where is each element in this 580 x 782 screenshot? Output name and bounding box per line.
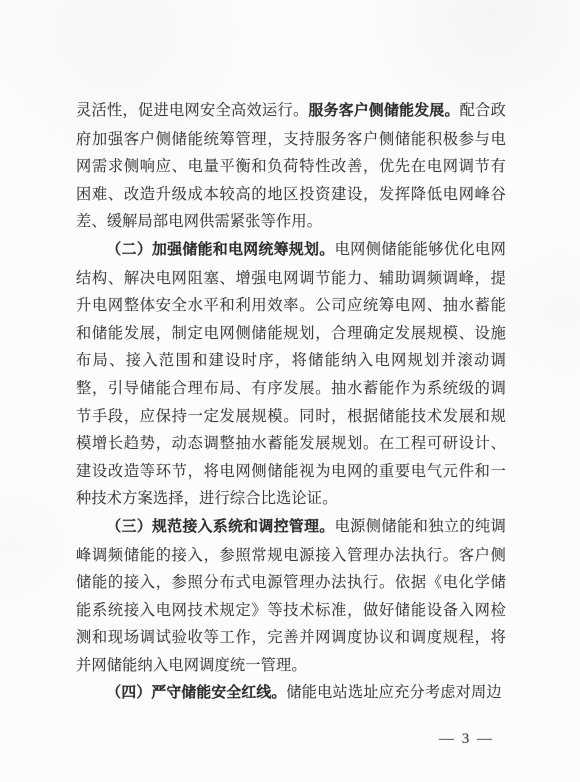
paragraph: （二）加强储能和电网统筹规划。电网侧储能能够优化电网结构、解决电网阻塞、增强电网… [76,236,506,513]
page-number: — 3 — [439,731,494,748]
paragraph: 灵活性，促进电网安全高效运行。服务客户侧储能发展。配合政府加强客户侧储能统筹管理… [76,97,506,236]
text-run: 灵活性，促进电网安全高效运行。 [76,102,309,119]
heading-run: （四）严守储能安全红线。 [106,685,286,701]
text-run: 储能电站选址应充分考虑对周边 [286,684,501,701]
document-page: 灵活性，促进电网安全高效运行。服务客户侧储能发展。配合政府加强客户侧储能统筹管理… [0,0,580,782]
paragraph: （三）规范接入系统和调控管理。电源侧储能和独立的纯调峰调频储能的接入，参照常规电… [76,513,506,680]
text-run: 电源侧储能和独立的纯调峰调频储能的接入，参照常规电源接入管理办法执行。客户侧储能… [76,518,506,674]
text-run: 配合政府加强客户侧储能统筹管理，支持服务客户侧储能积极参与电网需求侧响应、电量平… [76,102,506,230]
paragraph: （四）严守储能安全红线。储能电站选址应充分考虑对周边 [76,679,506,708]
heading-run: （三）规范接入系统和调控管理。 [106,519,334,535]
heading-run: 服务客户侧储能发展。 [309,103,460,119]
heading-run: （二）加强储能和电网统筹规划。 [106,242,334,258]
document-body: 灵活性，促进电网安全高效运行。服务客户侧储能发展。配合政府加强客户侧储能统筹管理… [76,97,506,708]
text-run: 电网侧储能能够优化电网结构、解决电网阻塞、增强电网调节能力、辅助调频调峰，提升电… [76,241,506,507]
